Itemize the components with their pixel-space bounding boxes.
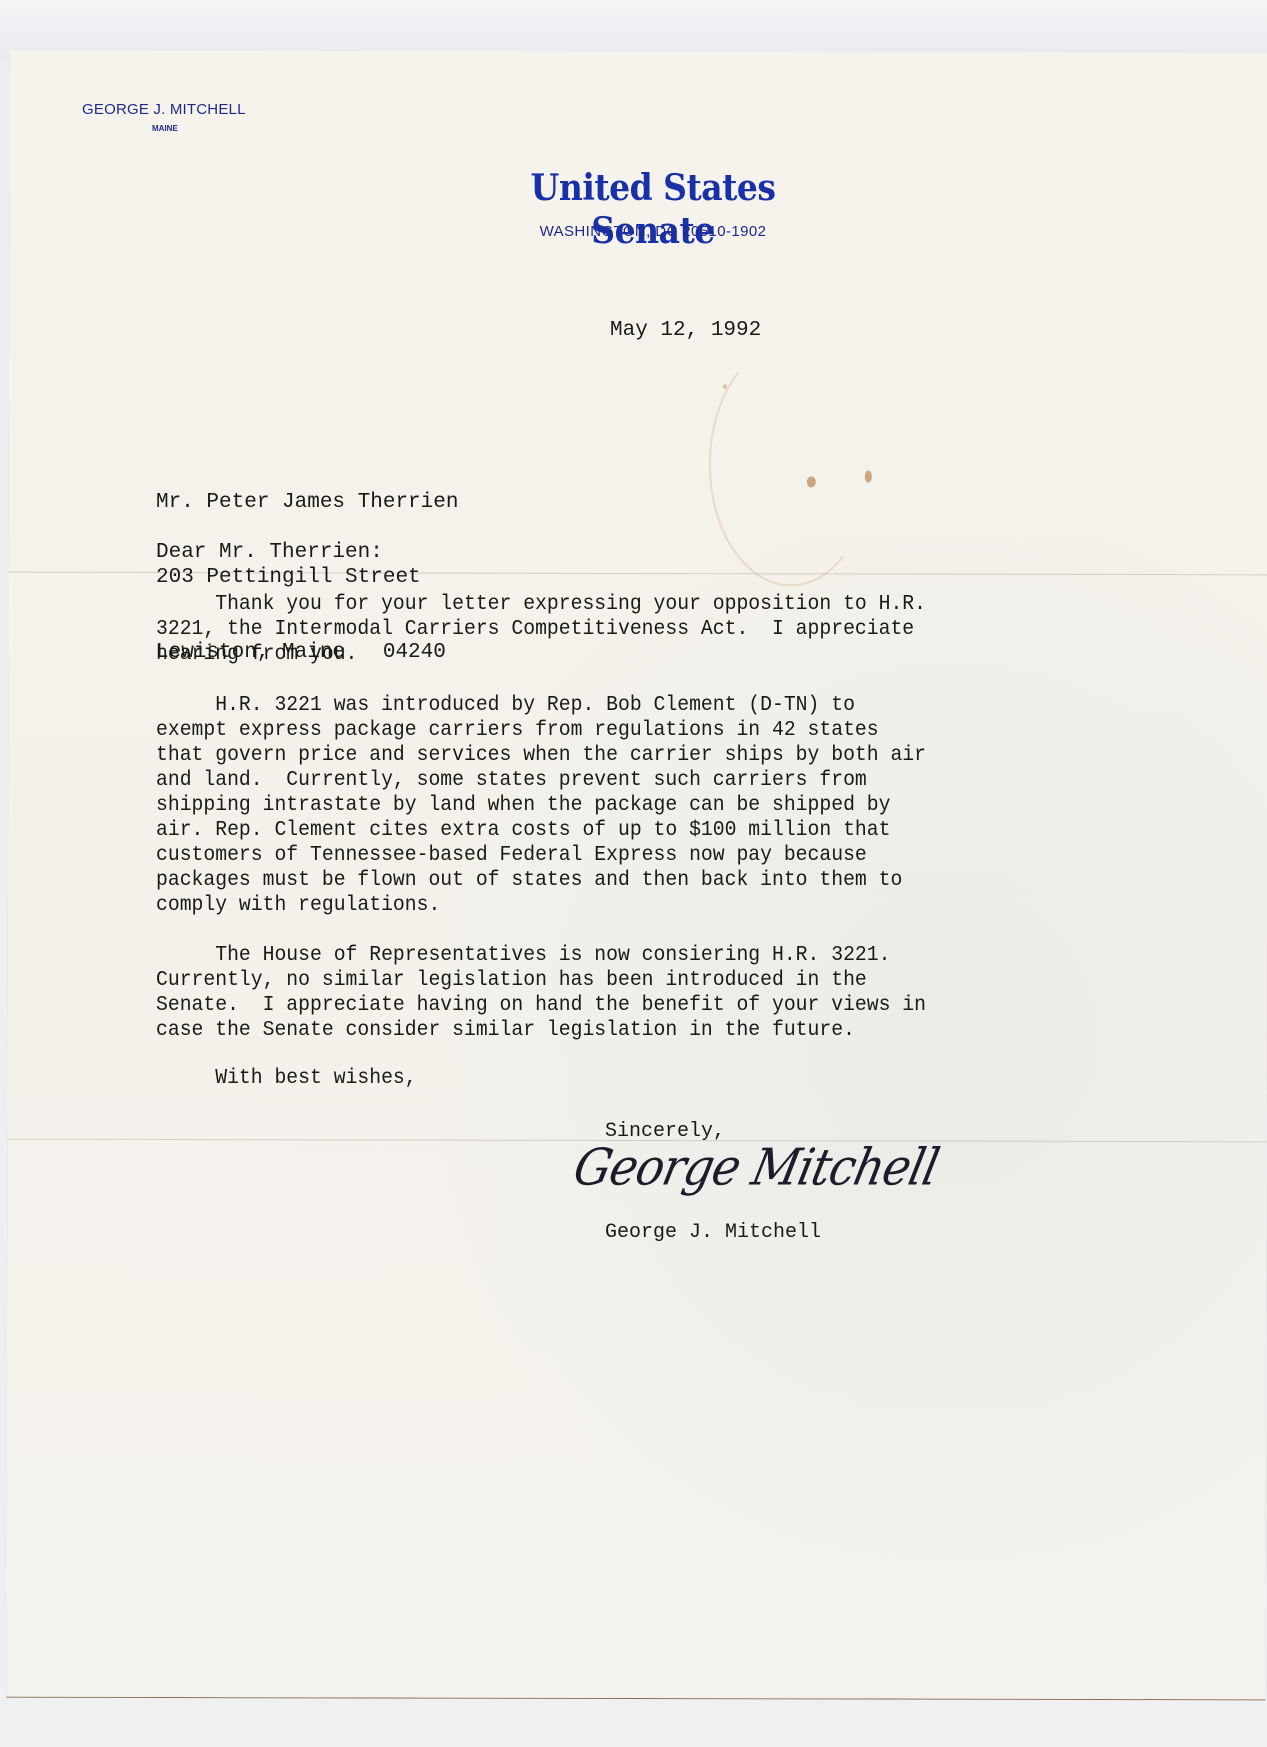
signer-typed-name: George J. Mitchell bbox=[605, 1220, 821, 1245]
recipient-name: Mr. Peter James Therrien bbox=[156, 490, 458, 515]
body-paragraph-2: H.R. 3221 was introduced by Rep. Bob Cle… bbox=[156, 693, 926, 918]
closing-wish: With best wishes, bbox=[156, 1066, 417, 1091]
stain-spot bbox=[807, 476, 816, 487]
recipient-street: 203 Pettingill Street bbox=[156, 565, 458, 590]
letterhead-sender-name: GEORGE J. MITCHELL bbox=[82, 101, 246, 118]
water-stain bbox=[709, 342, 874, 586]
body-paragraph-1: Thank you for your letter expressing you… bbox=[156, 592, 926, 667]
stain-spot bbox=[723, 384, 727, 389]
letterhead-sender-state: MAINE bbox=[152, 124, 178, 133]
body-paragraph-3: The House of Representatives is now cons… bbox=[156, 943, 926, 1043]
letter-date: May 12, 1992 bbox=[610, 318, 761, 343]
letterhead-address: WASHINGTON, DC 20510-1902 bbox=[517, 223, 789, 240]
stain-spot bbox=[865, 470, 872, 482]
salutation: Dear Mr. Therrien: bbox=[156, 540, 383, 565]
handwritten-signature: George Mitchell bbox=[569, 1137, 944, 1196]
